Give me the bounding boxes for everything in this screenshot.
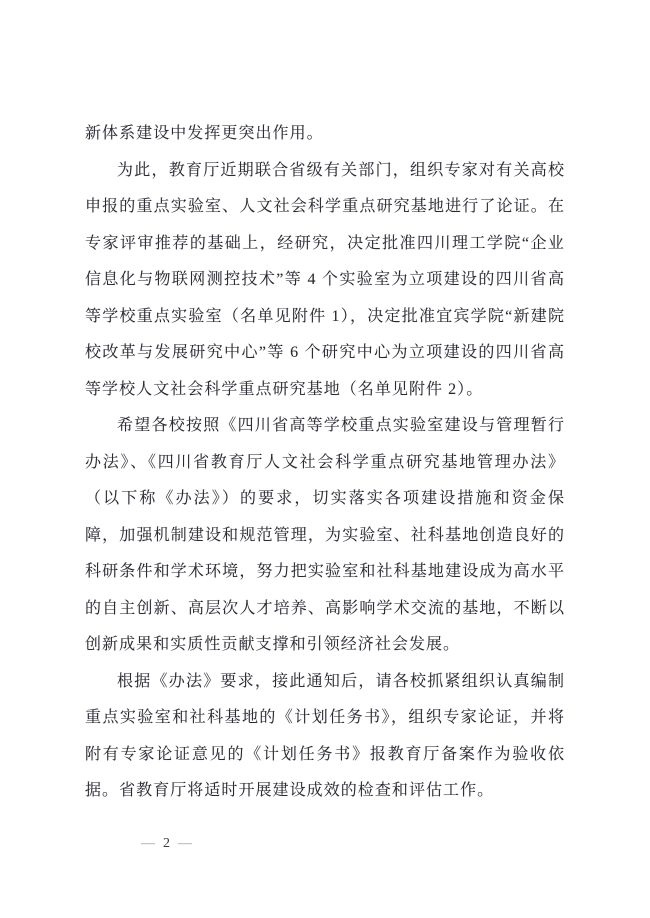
paragraph-continuation: 新体系建设中发挥更突出作用。 — [85, 116, 565, 153]
page-number-dash-left: — — [136, 836, 160, 851]
document-page: 新体系建设中发挥更突出作用。 为此，教育厅近期联合省级有关部门，组织专家对有关高… — [0, 0, 650, 918]
paragraph-requirements: 希望各校按照《四川省高等学校重点实验室建设与管理暂行办法》、《四川省教育厅人文社… — [85, 408, 565, 664]
page-number-value: 2 — [160, 836, 173, 851]
paragraph-approval: 为此，教育厅近期联合省级有关部门，组织专家对有关高校申报的重点实验室、人文社会科… — [85, 153, 565, 409]
paragraph-followup: 根据《办法》要求，接此通知后，请各校抓紧组织认真编制重点实验室和社科基地的《计划… — [85, 664, 565, 810]
page-number: —2— — [122, 820, 197, 868]
page-number-dash-right: — — [173, 836, 197, 851]
document-body: 新体系建设中发挥更突出作用。 为此，教育厅近期联合省级有关部门，组织专家对有关高… — [85, 116, 565, 810]
